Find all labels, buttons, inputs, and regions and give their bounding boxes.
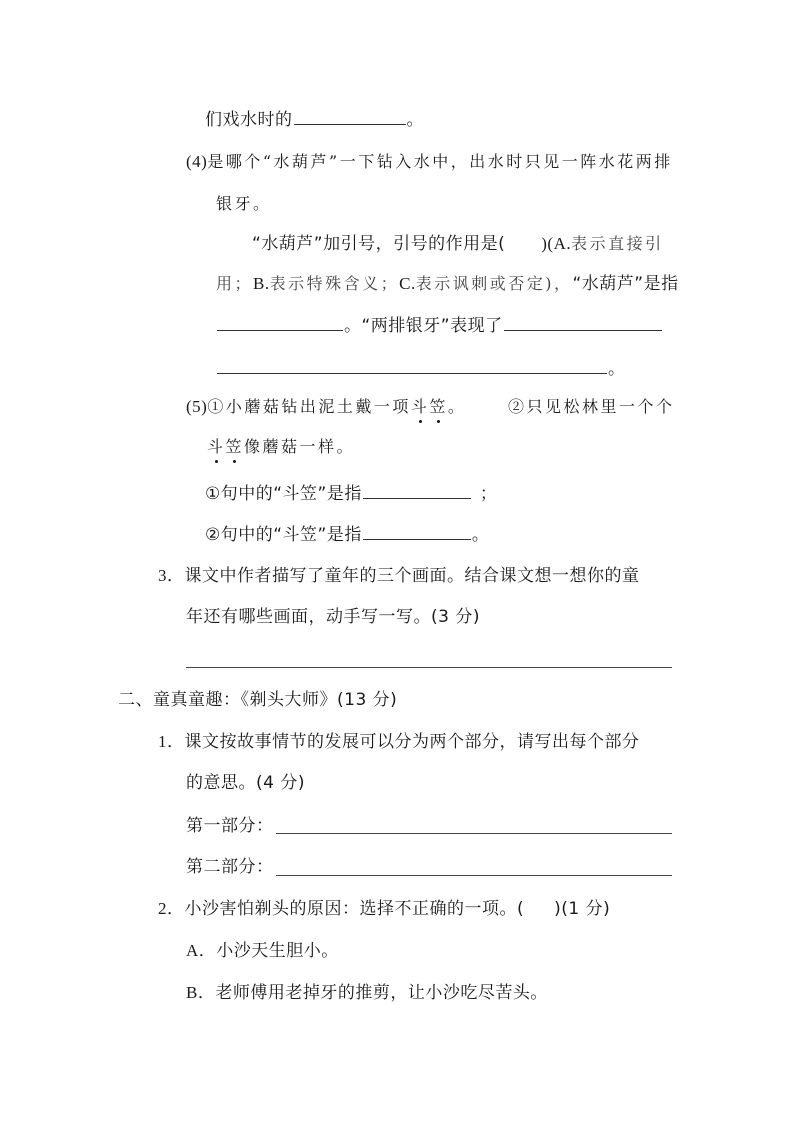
q2-sub4-p2: 用；B.表示特殊含义；C.表示讽刺或否定)，“水葫芦”是指 (216, 273, 679, 295)
q3-number: 3． (158, 566, 185, 585)
q2-sub4-line2: 银牙。 (216, 193, 272, 215)
s2-q2-number: 2． (158, 899, 185, 918)
q2-sub3-continuation: 们戏水时的。 (205, 107, 424, 131)
section2-heading: 二、童真童趣：《剃头大师》(13 分) (118, 689, 397, 711)
q2-sub4-number: (4) (186, 152, 207, 171)
q2-sub5-answer1-blank[interactable] (363, 481, 471, 499)
q2-sub5-answer2: ②句中的“斗笠”是指。 (205, 522, 489, 546)
s2-q1-question: 1．课文按故事情节的发展可以分为两个部分，请写出每个部分 (158, 731, 640, 753)
q2-sub5-sentence2: ②只见松林里一个个 (508, 396, 675, 418)
q2-sub3-text: 们戏水时的 (205, 110, 293, 130)
s2-q2-option-a: A．小沙天生胆小。 (186, 940, 339, 962)
q2-sub4-p4: 。 (216, 356, 626, 380)
q2-sub5-line2: 斗笠像蘑菇一样。 (207, 436, 355, 458)
q2-sub4-question: (4)是哪个“水葫芦”一下钻入水中，出水时只见一阵水花两排 (186, 151, 673, 173)
q2-sub4-meaning-blank[interactable] (217, 313, 343, 331)
q3-line2: 年还有哪些画面，动手写一写。(3 分) (186, 606, 480, 628)
q2-sub4-express-blank-a[interactable] (504, 313, 662, 331)
s2-q1-part2: 第二部分： (186, 856, 274, 878)
q2-sub4-line1: 是哪个“水葫芦”一下钻入水中，出水时只见一阵水花两排 (207, 152, 672, 171)
q2-sub5-question: (5)①小蘑菇钻出泥土戴一项斗笠。 (186, 396, 466, 418)
q2-sub4-p3: 。“两排银牙”表现了 (216, 313, 663, 337)
s2-q1-part2-answer-line[interactable] (276, 875, 672, 876)
q3-answer-line[interactable] (186, 667, 672, 668)
s2-q2-question: 2．小沙害怕剃头的原因：选择不正确的一项。()(1 分) (158, 898, 610, 920)
q2-sub4-express-blank-b[interactable] (217, 356, 607, 374)
q2-sub3-answer-blank[interactable] (294, 107, 406, 125)
q2-sub5-answer1: ①句中的“斗笠”是指； (205, 481, 497, 505)
q2-sub5-number: (5) (186, 397, 207, 416)
q2-sub4-p1: “水葫芦”加引号，引号的作用是()(A.表示直接引 (252, 233, 664, 255)
s2-q1-line2: 的意思。(4 分) (186, 772, 305, 794)
q2-sub5-answer2-blank[interactable] (363, 522, 471, 540)
q3-question: 3．课文中作者描写了童年的三个画面。结合课文想一想你的童 (158, 565, 640, 587)
s2-q1-number: 1． (158, 732, 185, 751)
s2-q1-part1-answer-line[interactable] (276, 833, 672, 834)
s2-q1-part1: 第一部分： (186, 815, 274, 837)
s2-q2-option-b: B．老师傅用老掉牙的推剪，让小沙吃尽苦头。 (186, 982, 548, 1004)
